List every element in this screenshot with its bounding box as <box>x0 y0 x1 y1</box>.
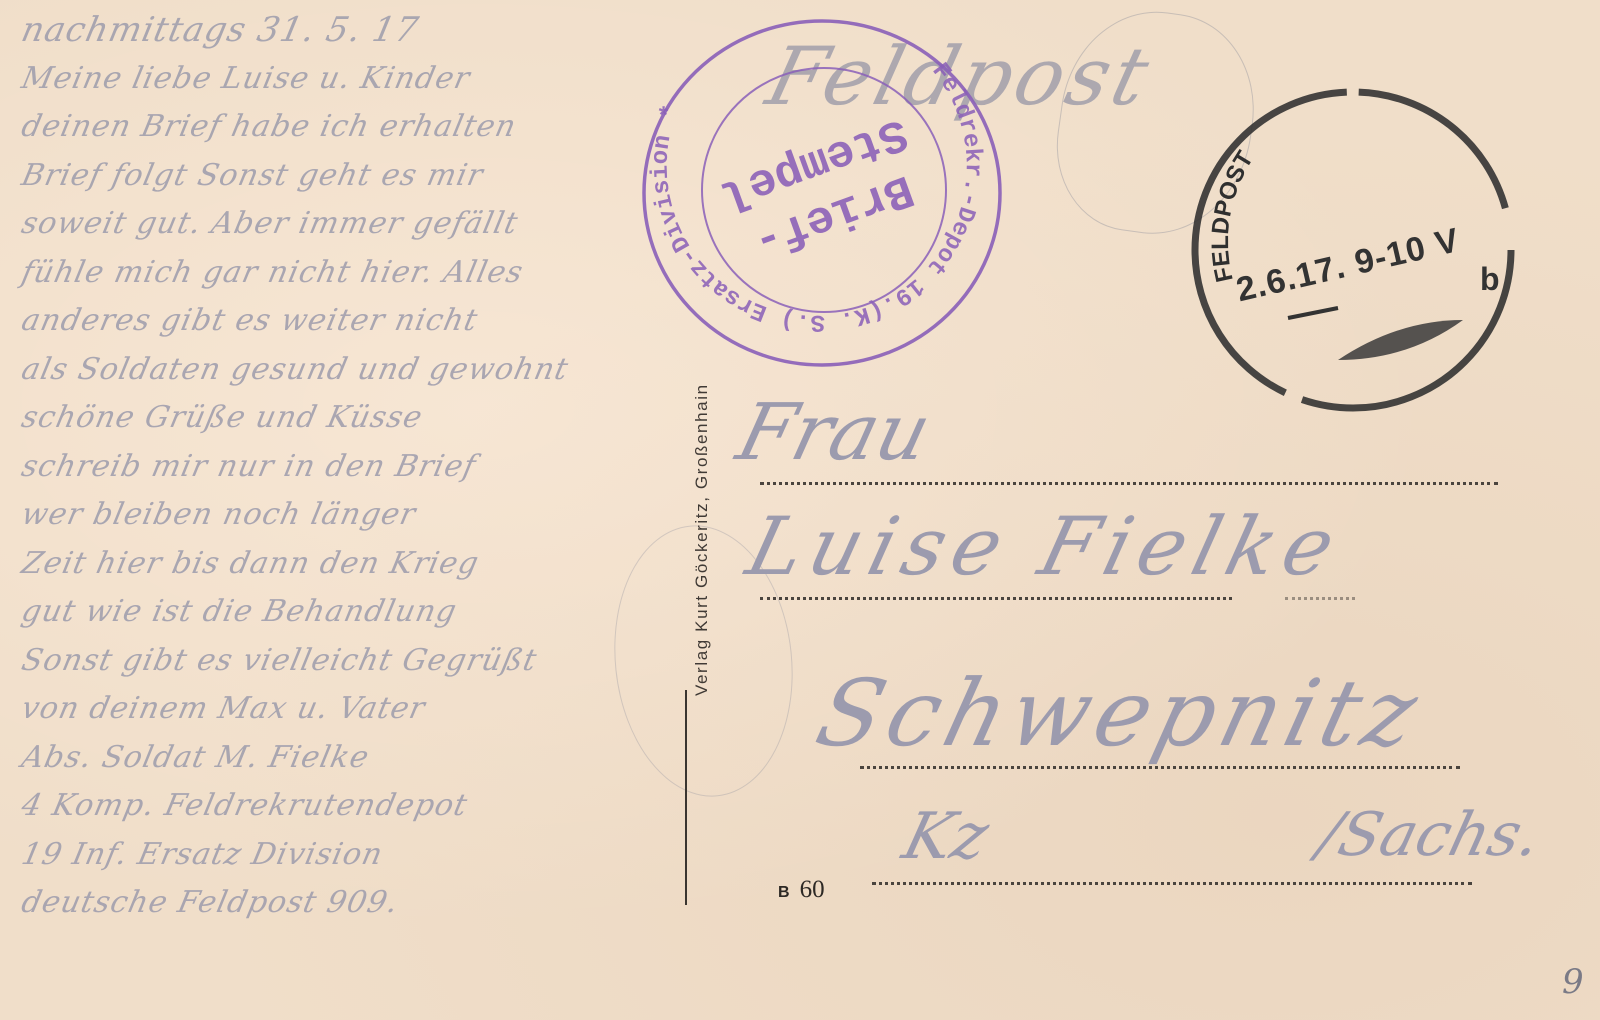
message-line: schöne Grüße und Küsse <box>17 394 667 443</box>
message-line: nachmittags 31. 5. 17 <box>17 6 667 55</box>
corner-pencil-number: 9 <box>1562 962 1584 1002</box>
message-line: schreib mir nur in den Brief <box>17 443 667 492</box>
message-line: deutsche Feldpost 909. <box>17 879 667 928</box>
address-town: Schwepnitz <box>807 660 1434 767</box>
message-line: Brief folgt Sonst geht es mir <box>17 152 667 201</box>
message-line: wer bleiben noch länger <box>17 491 667 540</box>
address-district: Kz <box>896 800 996 874</box>
purple-unit-stamp: Feldrekr.-Depot 19.(K. S.) Ersatz-Divisi… <box>636 10 1016 370</box>
message-line: soweit gut. Aber immer gefällt <box>17 200 667 249</box>
message-line: von deinem Max u. Vater <box>17 685 667 734</box>
svg-text:b: b <box>1480 261 1500 297</box>
address-region: /Sachs. <box>1311 800 1548 870</box>
print-code-letter: B <box>778 884 790 901</box>
address-line-2b <box>1285 597 1355 600</box>
postmark-circle-icon: FELDPOST 2.6.17. 9-10 V b <box>1188 70 1538 430</box>
message-line: anderes gibt es weiter nicht <box>17 297 667 346</box>
print-code-number: 60 <box>800 876 825 903</box>
print-code: B60 <box>778 876 825 904</box>
message-line: als Soldaten gesund und gewohnt <box>17 346 667 395</box>
address-line-1 <box>760 482 1498 485</box>
address-salutation: Frau <box>729 388 940 478</box>
address-line-2 <box>760 597 1232 600</box>
handwritten-message: nachmittags 31. 5. 17Meine liebe Luise u… <box>22 6 662 928</box>
stamp-circle-icon: Feldrekr.-Depot 19.(K. S.) Ersatz-Divisi… <box>636 10 1016 370</box>
svg-text:2.6.17. 9-10 V: 2.6.17. 9-10 V <box>1233 221 1463 309</box>
center-divider-line <box>685 690 687 905</box>
black-postmark: FELDPOST 2.6.17. 9-10 V b <box>1188 70 1538 430</box>
message-line: Meine liebe Luise u. Kinder <box>17 55 667 104</box>
message-line: Abs. Soldat M. Fielke <box>17 734 667 783</box>
address-line-4 <box>872 882 1472 885</box>
message-line: fühle mich gar nicht hier. Alles <box>17 249 667 298</box>
message-line: gut wie ist die Behandlung <box>17 588 667 637</box>
publisher-imprint: Verlag Kurt Göckeritz, Großenhain <box>692 383 712 696</box>
message-line: Zeit hier bis dann den Krieg <box>17 540 667 589</box>
message-line: deinen Brief habe ich erhalten <box>17 103 667 152</box>
message-line: 4 Komp. Feldrekrutendepot <box>17 782 667 831</box>
postcard-back: Feldpost nachmittags 31. 5. 17Meine lieb… <box>0 0 1600 1020</box>
message-line: Sonst gibt es vielleicht Gegrüßt <box>17 637 667 686</box>
address-name: Luise Fielke <box>738 500 1351 593</box>
message-line: 19 Inf. Ersatz Division <box>17 831 667 880</box>
